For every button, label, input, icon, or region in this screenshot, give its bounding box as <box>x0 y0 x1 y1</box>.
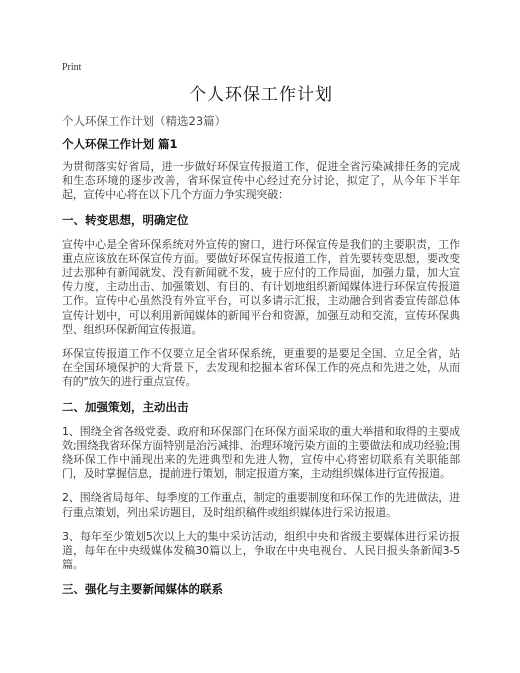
paragraph-2-item-3: 3、每年至少策划5次以上大的集中采访活动，组织中央和省级主要媒体进行采访报道，每… <box>62 530 460 573</box>
document-subtitle: 个人环保工作计划（精选23篇） <box>62 114 460 129</box>
section-heading: 个人环保工作计划 篇1 <box>62 137 460 152</box>
paragraph-2-item-1: 1、围绕全省各级党委、政府和环保部门在环保方面采取的重大举措和取得的主要成效;围… <box>62 425 460 482</box>
document-page: Print 个人环保工作计划 个人环保工作计划（精选23篇） 个人环保工作计划 … <box>62 62 460 607</box>
heading-2: 二、加强策划，主动出击 <box>62 400 460 415</box>
paragraph-2-item-2: 2、围绕省局每年、每季度的工作重点，制定的重要制度和环保工作的先进做法，进行重点… <box>62 491 460 519</box>
heading-3: 三、强化与主要新闻媒体的联系 <box>62 582 460 597</box>
paragraph-1b: 环保宣传报道工作不仅要立足全省环保系统，更重要的是要足全国、立足全省，站在全国环… <box>62 347 460 390</box>
print-label: Print <box>62 62 460 74</box>
intro-paragraph: 为贯彻落实好省局，进一步做好环保宣传报道工作，促进全省污染减排任务的完成和生态环… <box>62 160 460 203</box>
heading-1: 一、转变思想，明确定位 <box>62 213 460 228</box>
paragraph-1a: 宣传中心是全省环保系统对外宣传的窗口，进行环保宣传是我们的主要职责，工作重点应该… <box>62 238 460 337</box>
document-title: 个人环保工作计划 <box>62 84 460 106</box>
